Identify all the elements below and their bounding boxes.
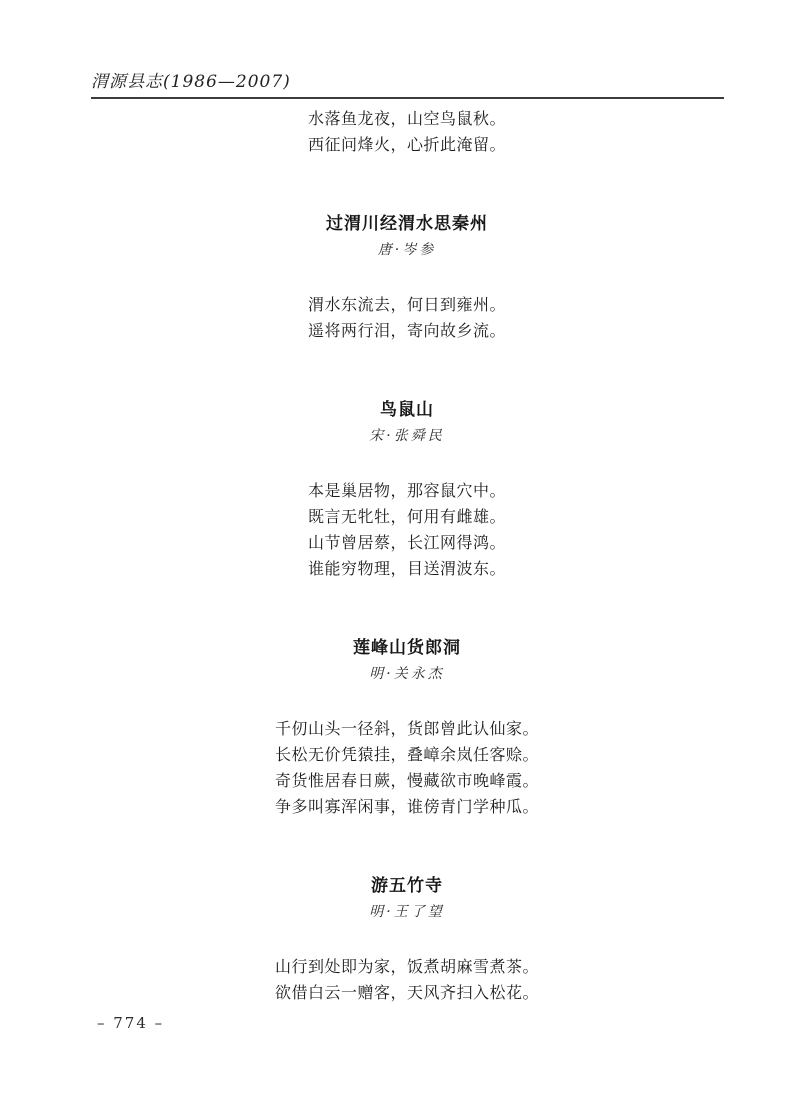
poem-line: 水落鱼龙夜，山空鸟鼠秋。	[14, 106, 800, 132]
poem-line: 山节曾居蔡，长江网得鸿。	[14, 530, 800, 556]
poem-section: 游五竹寺明·王了望山行到处即为家，饭煮胡麻雪煮茶。欲借白云一赠客，天风齐扫入松花…	[14, 874, 800, 1006]
poem-line: 渭水东流去，何日到雍州。	[14, 292, 800, 318]
poem-title: 过渭川经渭水思秦州	[14, 212, 800, 236]
page-footer: – 774 –	[97, 1014, 164, 1032]
poem-section: 过渭川经渭水思秦州唐·岑参渭水东流去，何日到雍州。遥将两行泪，寄向故乡流。	[14, 212, 800, 344]
poem-body: 山行到处即为家，饭煮胡麻雪煮茶。欲借白云一赠客，天风齐扫入松花。	[14, 954, 800, 1006]
running-header: 渭源县志(1986—2007)	[91, 72, 724, 99]
poem-section: 莲峰山货郎洞明·关永杰千仞山头一径斜，货郎曾此认仙家。长松无价凭猿挂，叠嶂余岚任…	[14, 636, 800, 820]
poem-line: 长松无价凭猿挂，叠嶂余岚任客赊。	[14, 742, 800, 768]
poem-author: 明·王了望	[14, 902, 800, 922]
poem-sections: 过渭川经渭水思秦州唐·岑参渭水东流去，何日到雍州。遥将两行泪，寄向故乡流。鸟鼠山…	[14, 212, 800, 1006]
poem-line: 既言无牝牡，何用有雌雄。	[14, 504, 800, 530]
poem-section: 鸟鼠山宋·张舜民本是巢居物，那容鼠穴中。既言无牝牡，何用有雌雄。山节曾居蔡，长江…	[14, 398, 800, 582]
page-number: – 774 –	[97, 1014, 164, 1032]
poem-line: 遥将两行泪，寄向故乡流。	[14, 318, 800, 344]
header-title: 渭源县志(1986—2007)	[91, 72, 291, 92]
poem-title: 游五竹寺	[14, 874, 800, 898]
poem-body: 千仞山头一径斜，货郎曾此认仙家。长松无价凭猿挂，叠嶂余岚任客赊。奇货惟居春日蕨，…	[14, 716, 800, 820]
poem-line: 争多叫寡浑闲事，谁傍青门学种瓜。	[14, 794, 800, 820]
poem-line: 千仞山头一径斜，货郎曾此认仙家。	[14, 716, 800, 742]
poem-title: 莲峰山货郎洞	[14, 636, 800, 660]
poem-line: 奇货惟居春日蕨，慢藏欲市晚峰霞。	[14, 768, 800, 794]
leading-poem: 水落鱼龙夜，山空鸟鼠秋。西征问烽火，心折此淹留。	[14, 106, 800, 158]
poem-author: 唐·岑参	[14, 240, 800, 260]
poem-body: 本是巢居物，那容鼠穴中。既言无牝牡，何用有雌雄。山节曾居蔡，长江网得鸿。谁能穷物…	[14, 478, 800, 582]
poem-line: 山行到处即为家，饭煮胡麻雪煮茶。	[14, 954, 800, 980]
poem-line: 西征问烽火，心折此淹留。	[14, 132, 800, 158]
poem-line: 谁能穷物理，目送渭波东。	[14, 556, 800, 582]
poems-column: 水落鱼龙夜，山空鸟鼠秋。西征问烽火，心折此淹留。 过渭川经渭水思秦州唐·岑参渭水…	[0, 106, 800, 1006]
poem-line: 本是巢居物，那容鼠穴中。	[14, 478, 800, 504]
poem-author: 明·关永杰	[14, 664, 800, 684]
poem-title: 鸟鼠山	[14, 398, 800, 422]
book-page: 渭源县志(1986—2007) 水落鱼龙夜，山空鸟鼠秋。西征问烽火，心折此淹留。…	[0, 0, 800, 1093]
poem-body: 渭水东流去，何日到雍州。遥将两行泪，寄向故乡流。	[14, 292, 800, 344]
poem-line: 欲借白云一赠客，天风齐扫入松花。	[14, 980, 800, 1006]
poem-author: 宋·张舜民	[14, 426, 800, 446]
